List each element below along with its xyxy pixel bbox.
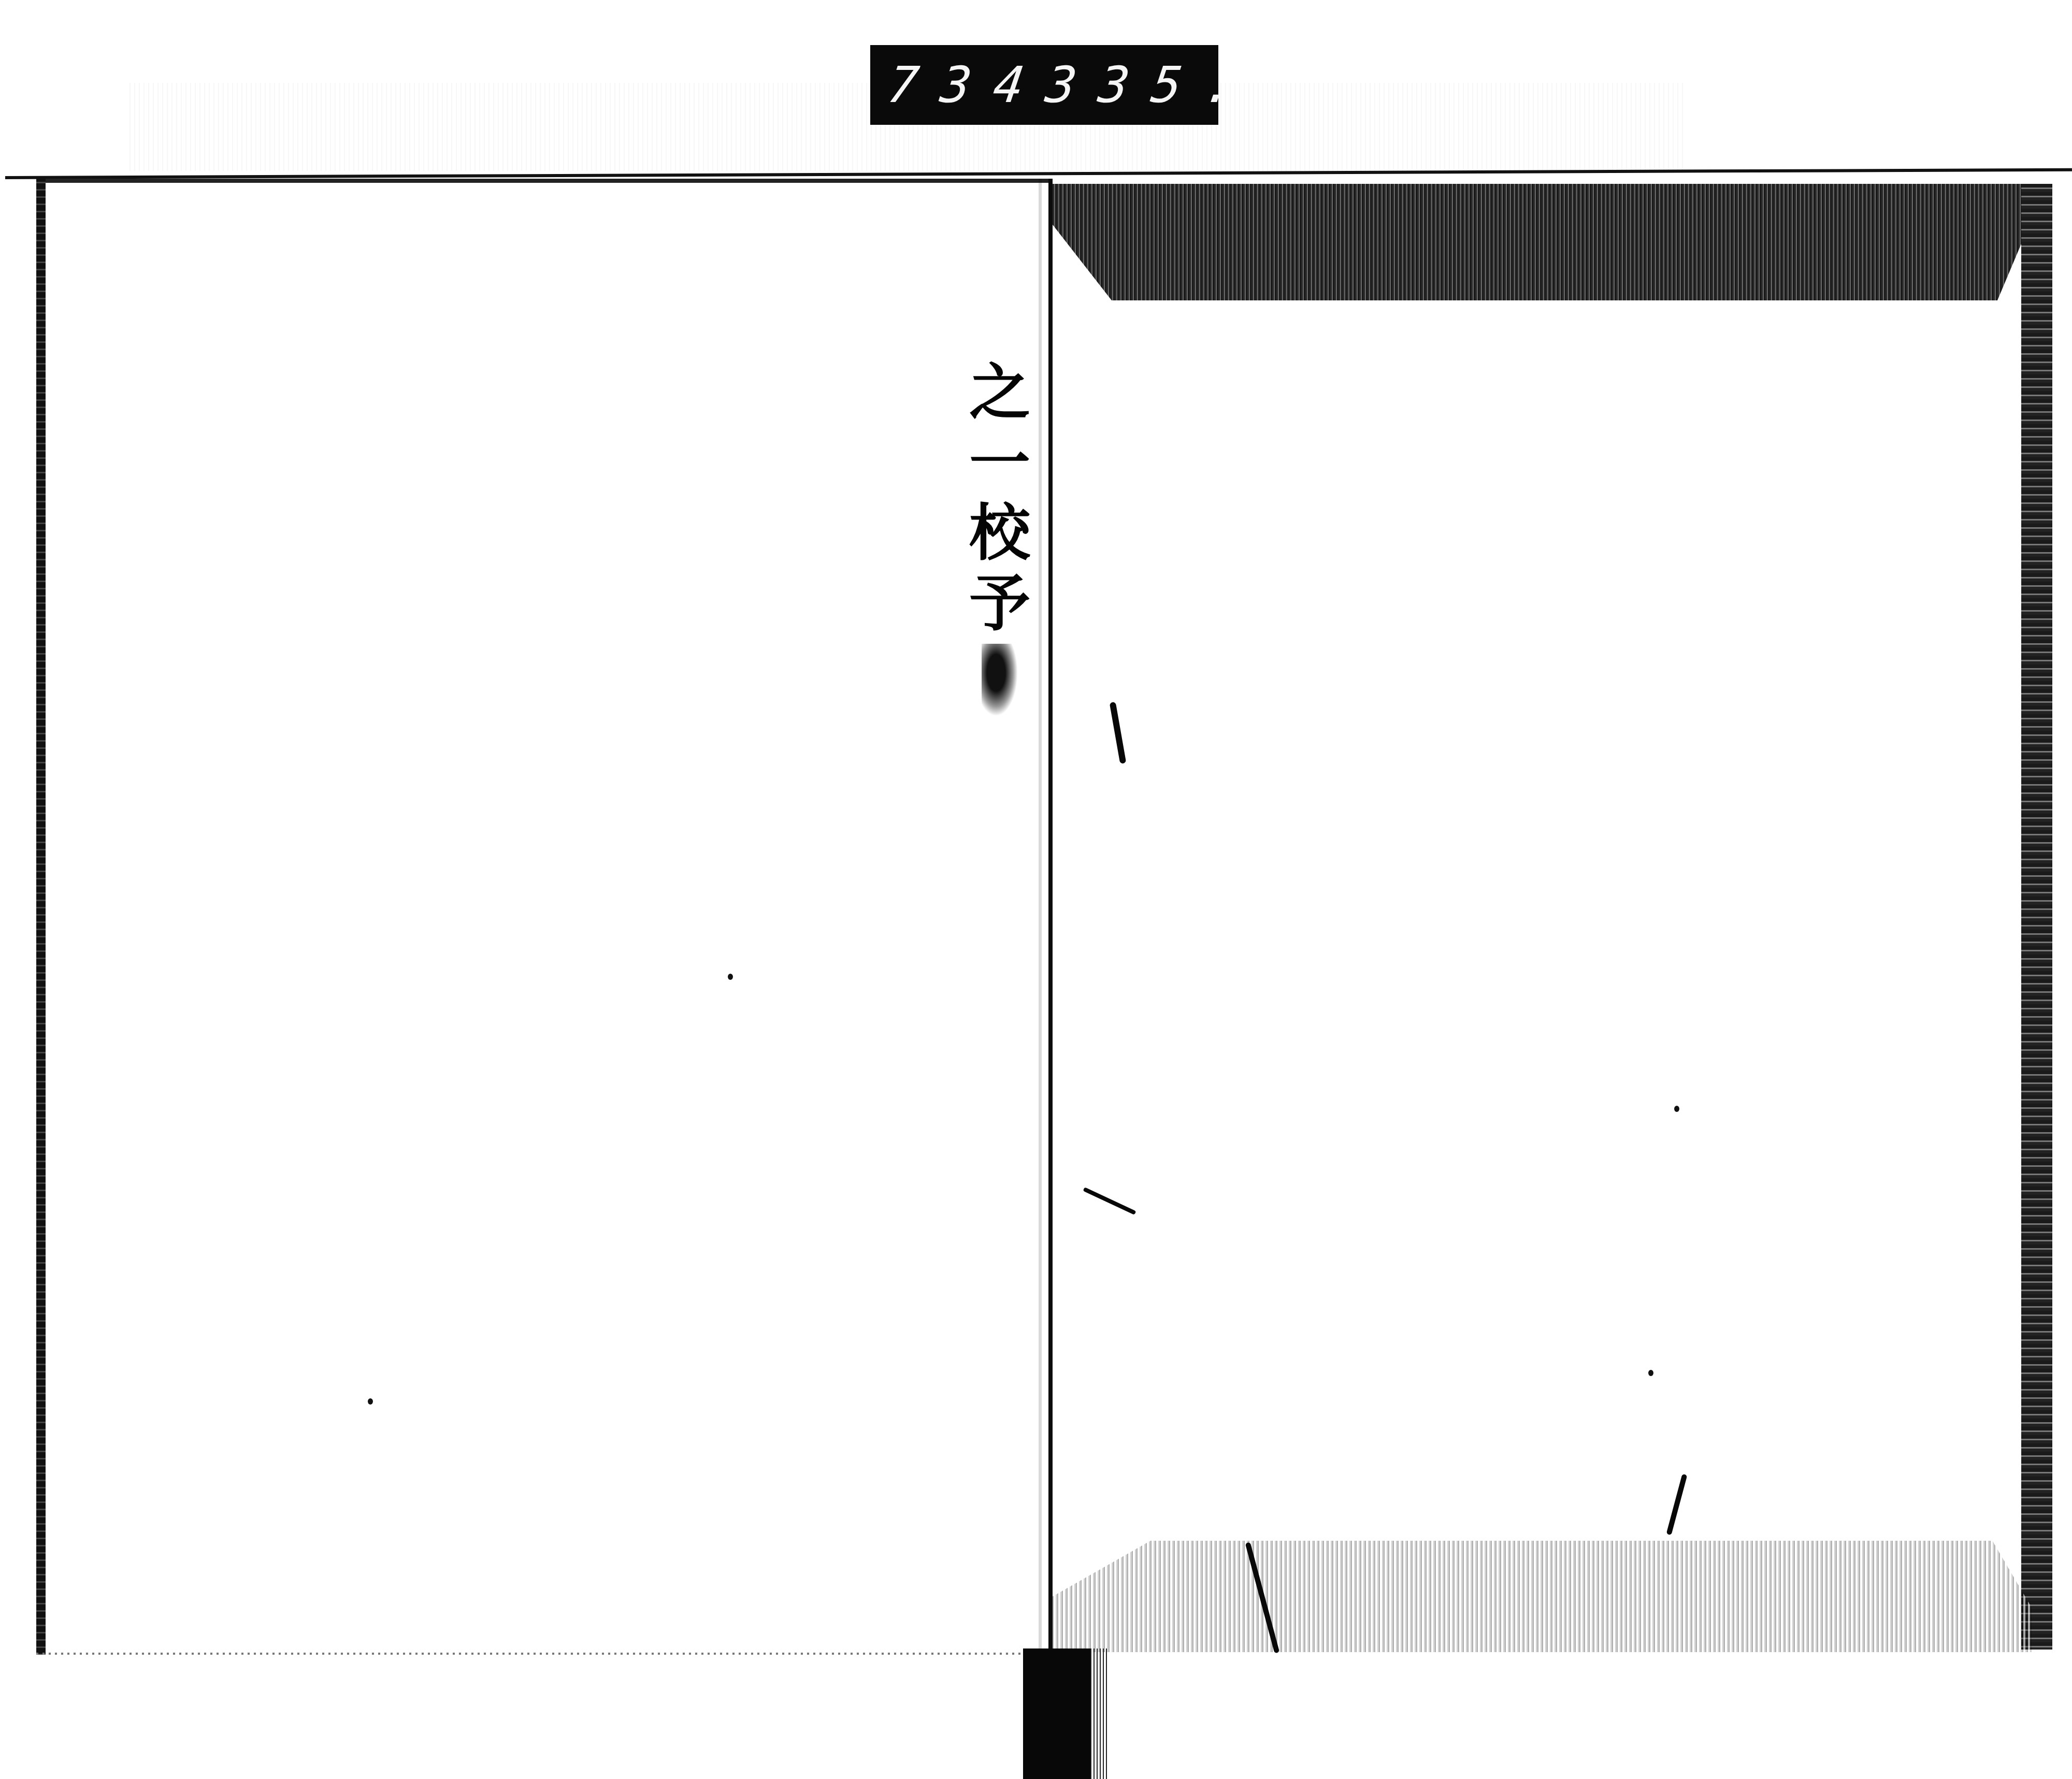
scanner-calibration-tab xyxy=(1023,1648,1090,1779)
ink-smudge xyxy=(982,644,1018,716)
frame-number-right: 335. xyxy=(1043,60,1261,110)
ink-speck xyxy=(1674,1106,1679,1112)
left-page-top-edge xyxy=(36,179,1052,183)
right-page-outer-edge xyxy=(2021,184,2052,1650)
ink-crack xyxy=(1666,1474,1688,1535)
handwritten-annotation: 之 一 校 予 xyxy=(963,357,1036,716)
handwritten-char: 之 xyxy=(969,357,1030,428)
calibration-tab-edge xyxy=(1090,1648,1109,1779)
ink-speck xyxy=(368,1398,373,1405)
right-page-bottom-worn-band xyxy=(1053,1541,2032,1652)
handwritten-char: 校 xyxy=(969,498,1030,568)
right-page-top-worn-band xyxy=(1053,184,2037,300)
left-page-outer-edge xyxy=(36,179,46,1655)
handwritten-char: 予 xyxy=(969,568,1030,639)
ink-mark xyxy=(1110,702,1127,764)
ink-mark xyxy=(1083,1187,1136,1215)
ink-speck xyxy=(1648,1370,1653,1376)
left-page xyxy=(36,179,1052,1655)
right-page xyxy=(1053,184,2047,1655)
frame-number-left: 734 xyxy=(885,60,1050,110)
ink-speck xyxy=(728,974,733,980)
handwritten-char: 一 xyxy=(969,428,1030,498)
book-spine xyxy=(1048,179,1053,1660)
spine-shadow xyxy=(1039,179,1042,1660)
frame-number-label: 734 335. xyxy=(870,45,1218,125)
left-page-bottom-edge xyxy=(36,1653,1052,1655)
